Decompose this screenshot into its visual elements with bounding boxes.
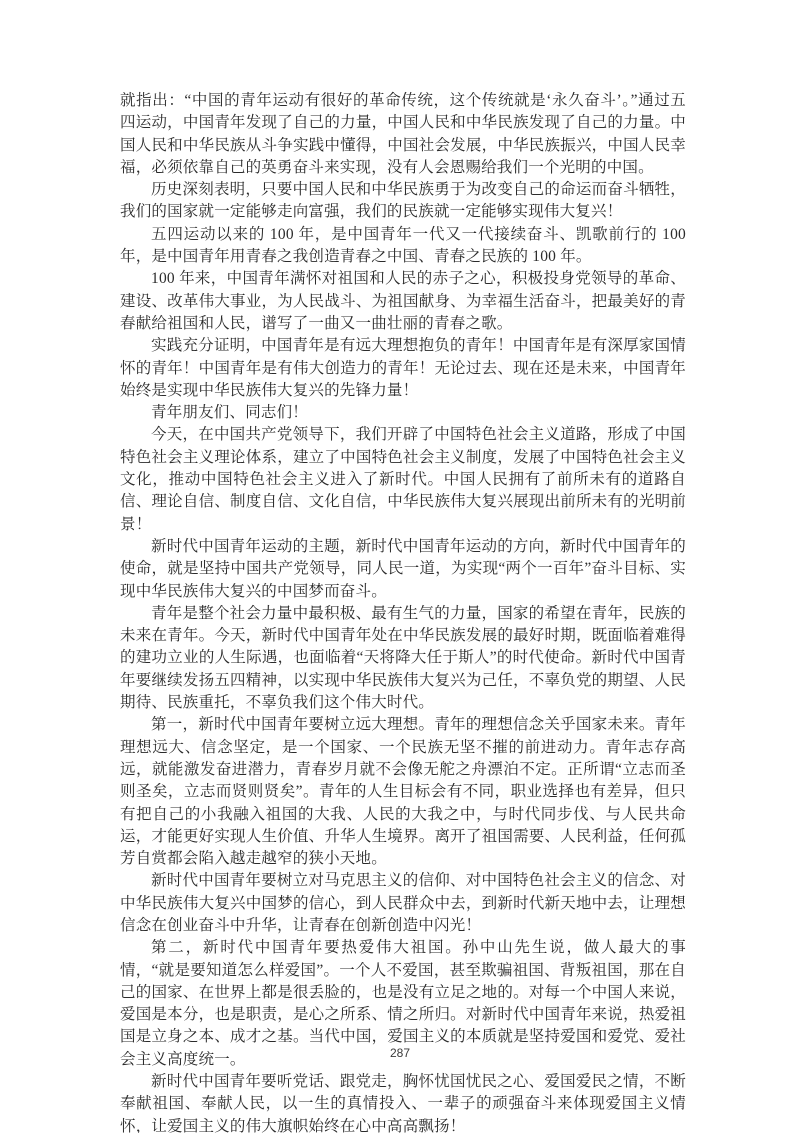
paragraph: 新时代中国青年要树立对马克思主义的信仰、对中国特色社会主义的信念、对中华民族伟大… (120, 870, 686, 937)
document-page: 就指出：“中国的青年运动有很好的革命传统，这个传统就是‘永久奋斗’。”通过五四运… (0, 0, 800, 1133)
text-body: 就指出：“中国的青年运动有很好的革命传统，这个传统就是‘永久奋斗’。”通过五四运… (120, 90, 686, 1133)
paragraph: 第一，新时代中国青年要树立远大理想。青年的理想信念关乎国家未来。青年理想远大、信… (120, 714, 686, 870)
paragraph: 新时代中国青年运动的主题，新时代中国青年运动的方向，新时代中国青年的使命，就是坚… (120, 536, 686, 603)
page-number: 287 (0, 1046, 800, 1060)
paragraph: 就指出：“中国的青年运动有很好的革命传统，这个传统就是‘永久奋斗’。”通过五四运… (120, 90, 686, 179)
paragraph: 青年朋友们、同志们！ (120, 402, 686, 424)
paragraph: 新时代中国青年要听党话、跟党走，胸怀忧国忧民之心、爱国爱民之情，不断奉献祖国、奉… (120, 1071, 686, 1133)
paragraph: 100 年来，中国青年满怀对祖国和人民的赤子之心，积极投身党领导的革命、建设、改… (120, 268, 686, 335)
paragraph: 青年是整个社会力量中最积极、最有生气的力量，国家的希望在青年，民族的未来在青年。… (120, 603, 686, 714)
paragraph: 历史深刻表明，只要中国人民和中华民族勇于为改变自己的命运而奋斗牺牲，我们的国家就… (120, 179, 686, 224)
paragraph: 今天，在中国共产党领导下，我们开辟了中国特色社会主义道路，形成了中国特色社会主义… (120, 424, 686, 535)
paragraph: 五四运动以来的 100 年，是中国青年一代又一代接续奋斗、凯歌前行的 100 年… (120, 224, 686, 269)
paragraph: 实践充分证明，中国青年是有远大理想抱负的青年！中国青年是有深厚家国情怀的青年！中… (120, 335, 686, 402)
